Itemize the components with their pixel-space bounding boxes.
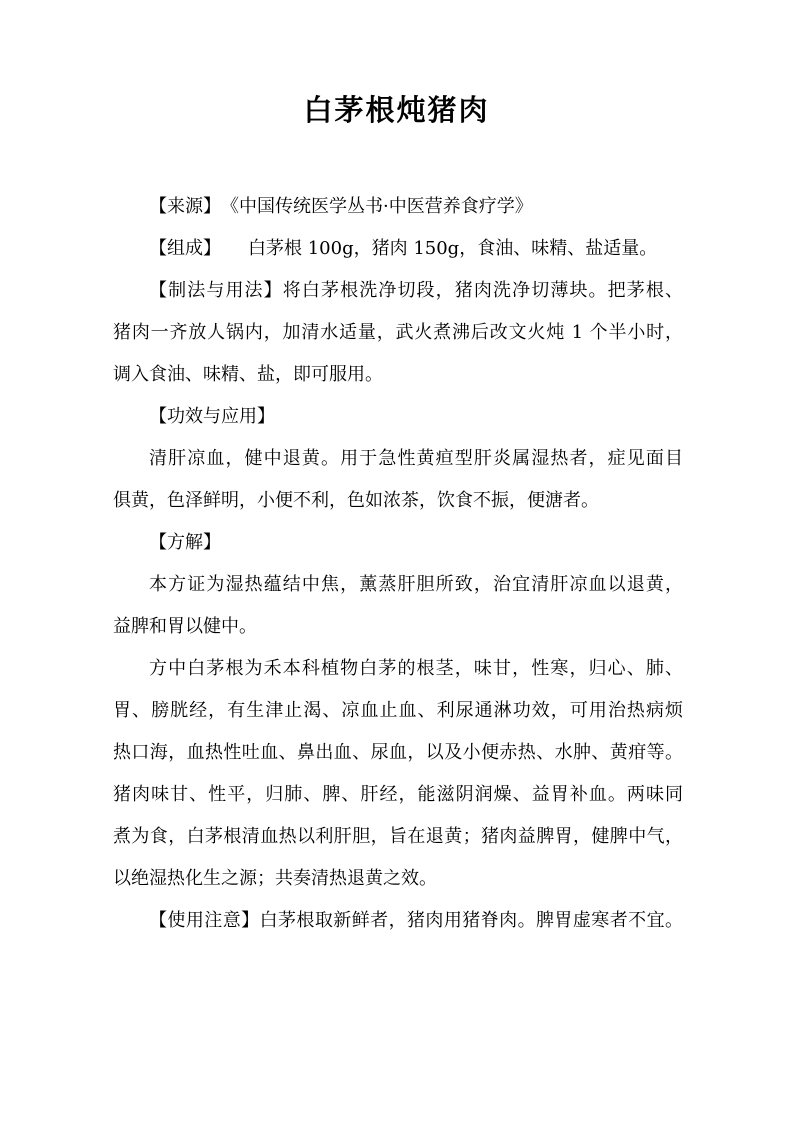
analysis-heading: 【方解】 — [113, 522, 683, 564]
document-body: 【来源】 《中国传统医学丛书·中医营养食疗学》 【组成】 白茅根 100g，猪肉… — [113, 186, 683, 942]
document-title: 白茅根炖猪肉 — [0, 0, 793, 130]
usage-note-line: 【使用注意】白茅根取新鲜者，猪肉用猪脊肉。脾胃虚寒者不宜。 — [113, 900, 683, 942]
efficacy-line-2: 俱黄，色泽鲜明，小便不利，色如浓茶，饮食不振，便溏者。 — [113, 480, 683, 522]
source-line: 【来源】 《中国传统医学丛书·中医营养食疗学》 — [113, 186, 683, 228]
analysis-detail-line-2: 胃、膀胱经，有生津止渴、凉血止血、利尿通淋功效，可用治热病烦 — [113, 690, 683, 732]
analysis-detail-line-4: 猪肉味甘、性平，归肺、脾、肝经，能滋阴润燥、益胃补血。两味同 — [113, 774, 683, 816]
ingredients-line: 【组成】 白茅根 100g，猪肉 150g，食油、味精、盐适量。 — [113, 228, 683, 270]
analysis-intro-line-2: 益脾和胃以健中。 — [113, 606, 683, 648]
analysis-detail-line-6: 以绝湿热化生之源；共奏清热退黄之效。 — [113, 858, 683, 900]
efficacy-line-1: 清肝凉血，健中退黄。用于急性黄疸型肝炎属湿热者，症见面目 — [113, 438, 683, 480]
analysis-detail-line-5: 煮为食，白茅根清血热以利肝胆，旨在退黄；猪肉益脾胃，健脾中气， — [113, 816, 683, 858]
analysis-detail-line-3: 热口海，血热性吐血、鼻出血、尿血，以及小便赤热、水肿、黄疳等。 — [113, 732, 683, 774]
analysis-detail-line-1: 方中白茅根为禾本科植物白茅的根茎，味甘，性寒，归心、肺、 — [113, 648, 683, 690]
analysis-intro-line-1: 本方证为湿热蕴结中焦，薰蒸肝胆所致，治宜清肝凉血以退黄， — [113, 564, 683, 606]
method-line-1: 【制法与用法】将白茅根洗净切段，猪肉洗净切薄块。把茅根、 — [113, 270, 683, 312]
method-line-2: 猪肉一齐放人锅内，加清水适量，武火煮沸后改文火炖 1 个半小时， — [113, 312, 683, 354]
efficacy-heading: 【功效与应用】 — [113, 396, 683, 438]
method-line-3: 调入食油、味精、盐，即可服用。 — [113, 354, 683, 396]
document-page: 白茅根炖猪肉 【来源】 《中国传统医学丛书·中医营养食疗学》 【组成】 白茅根 … — [0, 0, 793, 1122]
